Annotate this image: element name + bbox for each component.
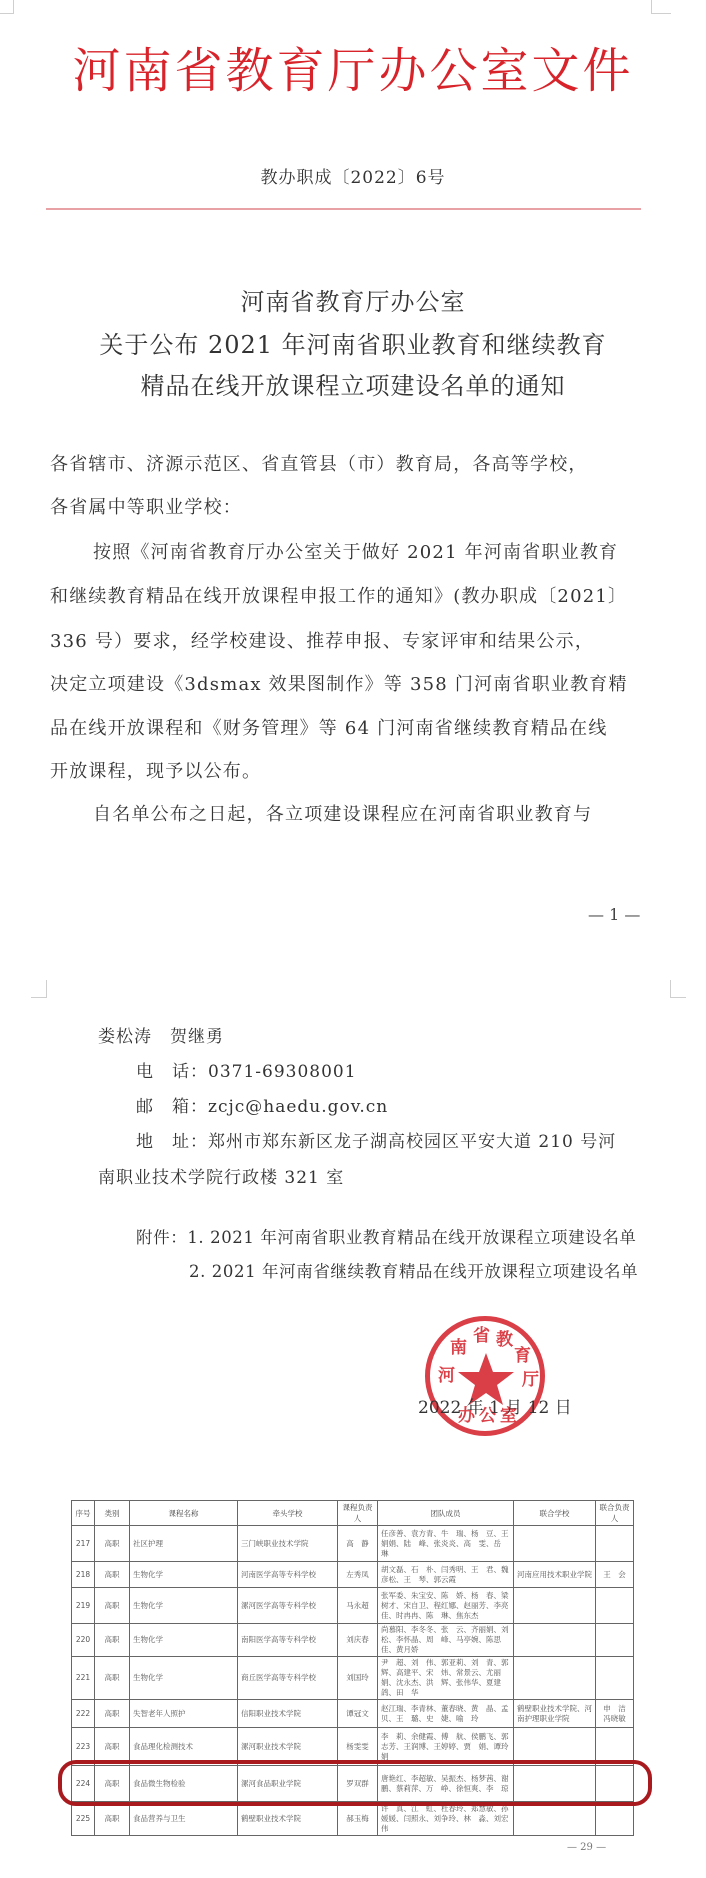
header-course-lead: 课程负责人 — [338, 1501, 378, 1526]
body-paragraph1-line1: 按照《河南省教育厅办公室关于做好 2021 年河南省职业教育 — [93, 538, 703, 564]
attachment-item-2: 2. 2021 年河南省继续教育精品在线开放课程立项建设名单 — [189, 1258, 638, 1282]
contact-address-row: 地 址：郑州市郑东新区龙子湖高校园区平安大道 210 号河 — [136, 1127, 616, 1152]
body-paragraph1-line6: 开放课程，现予以公布。 — [50, 757, 660, 783]
page-corner-mark — [670, 980, 686, 998]
contact-phone-row: 电 话：0371-69308001 — [136, 1057, 357, 1082]
header-no: 序号 — [72, 1501, 95, 1526]
official-seal: 河 南 省 教 育 厅 办公室 — [425, 1316, 545, 1436]
attachment-label: 附件： — [136, 1228, 187, 1247]
addressee-line1: 各省辖市、济源示范区、省直管县（市）教育局，各高等学校， — [50, 450, 660, 476]
table-row-highlighted: 224 高职 食品微生物检验 漯河食品职业学院 罗双群 唐艳红、李超敏、吴振杰、… — [72, 1766, 634, 1802]
table-row: 221 高职 生物化学 商丘医学高等专科学校 刘国玲 尹 超、刘 伟、郭亚莉、刘… — [72, 1657, 634, 1700]
contact-names: 娄松涛 贺继勇 — [98, 1022, 224, 1047]
page-corner-mark — [0, 0, 14, 14]
document-red-header: 河南省教育厅办公室文件 — [0, 32, 706, 101]
address-value-line1: 郑州市郑东新区龙子湖高校园区平安大道 210 号河 — [208, 1132, 616, 1152]
table-row: 220 高职 生物化学 南阳医学高等专科学校 刘庆春 尚慕阳、李冬冬、张 云、齐… — [72, 1624, 634, 1657]
header-partner-lead: 联合负责人 — [596, 1501, 634, 1526]
issue-date: 2022 年 1 月 12 日 — [418, 1393, 572, 1418]
course-list-table: 序号 类别 课程名称 牵头学校 课程负责人 团队成员 联合学校 联合负责人 21… — [71, 1500, 634, 1836]
page-number: — 29 — — [567, 1842, 606, 1853]
header-category: 类别 — [95, 1501, 130, 1526]
notice-title-line1: 河南省教育厅办公室 — [0, 282, 706, 317]
body-paragraph1-line2: 和继续教育精品在线开放课程申报工作的通知》(教办职成〔2021〕 — [50, 582, 660, 608]
header-course-name: 课程名称 — [130, 1501, 238, 1526]
page-corner-mark — [651, 0, 671, 14]
notice-title-line3: 精品在线开放课程立项建设名单的通知 — [0, 366, 706, 401]
table-header-row: 序号 类别 课程名称 牵头学校 课程负责人 团队成员 联合学校 联合负责人 — [72, 1501, 634, 1526]
address-label: 地 址： — [136, 1132, 208, 1152]
table-row: 222 高职 失智老年人照护 信阳职业技术学院 谭冠文 赵江瑞、李青林、董春晓、… — [72, 1700, 634, 1728]
body-paragraph1-line5: 品在线开放课程和《财务管理》等 64 门河南省继续教育精品在线 — [50, 714, 660, 740]
table-row: 225 高职 食品营养与卫生 鹤壁职业技术学院 郝玉梅 许 真、江 虹、杜春玲、… — [72, 1802, 634, 1836]
body-paragraph1-line3: 336 号）要求，经学校建设、推荐申报、专家评审和结果公示， — [50, 627, 660, 653]
contact-email-row: 邮 箱：zcjc@haedu.gov.cn — [136, 1092, 388, 1117]
email-value: zcjc@haedu.gov.cn — [208, 1097, 388, 1117]
table-row: 217 高职 社区护理 三门峡职业技术学院 高 静 任彦善、袁方青、牛 瑞、杨 … — [72, 1526, 634, 1562]
page-corner-mark — [31, 980, 47, 998]
attachment-item-1: 附件：1. 2021 年河南省职业教育精品在线开放课程立项建设名单 — [136, 1224, 637, 1248]
contact-address-line2: 南职业技术学院行政楼 321 室 — [98, 1163, 344, 1188]
table-row: 218 高职 生物化学 河南医学高等专科学校 左秀凤 胡文磊、石 朴、闫秀明、王… — [72, 1562, 634, 1588]
phone-value: 0371-69308001 — [208, 1062, 357, 1082]
table-row: 219 高职 生物化学 漯河医学高等专科学校 马永超 张军委、朱宝安、陈 娇、杨… — [72, 1588, 634, 1624]
phone-label: 电 话： — [136, 1062, 208, 1082]
body-paragraph1-line4: 决定立项建设《3dsmax 效果图制作》等 358 门河南省职业教育精 — [50, 670, 660, 696]
email-label: 邮 箱： — [136, 1097, 208, 1117]
addressee-line2: 各省属中等职业学校： — [50, 493, 660, 519]
red-divider-line — [46, 208, 641, 210]
document-number: 教办职成〔2022〕6号 — [0, 163, 706, 188]
notice-title-line2: 关于公布 2021 年河南省职业教育和继续教育 — [0, 325, 706, 360]
header-team-members: 团队成员 — [378, 1501, 514, 1526]
body-paragraph2-line1: 自名单公布之日起，各立项建设课程应在河南省职业教育与 — [93, 800, 703, 826]
table-row: 223 高职 食品理化检测技术 漯河职业技术学院 杨雯雯 李 莉、余健霞、傅 航… — [72, 1728, 634, 1766]
header-lead-school: 牵头学校 — [238, 1501, 338, 1526]
page-number: — 1 — — [588, 905, 640, 924]
header-partner-school: 联合学校 — [514, 1501, 596, 1526]
